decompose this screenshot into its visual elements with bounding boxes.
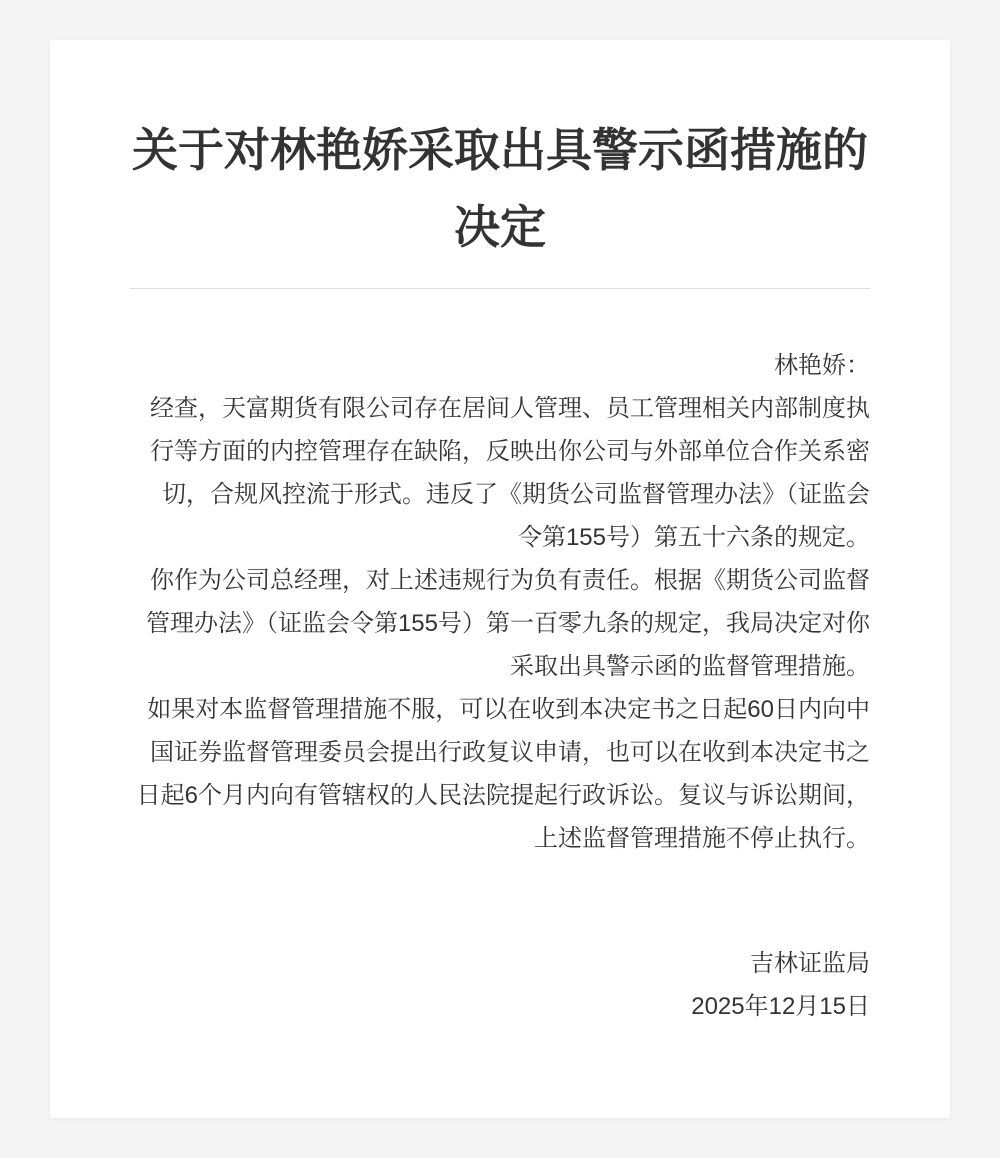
issuing-authority: 吉林证监局: [130, 942, 870, 985]
body-line: 日起6个月内向有管辖权的人民法院提起行政诉讼。复议与诉讼期间，: [130, 774, 870, 817]
title-line-2: 决定: [130, 189, 870, 266]
title-line-1: 关于对林艳娇采取出具警示函措施的: [130, 112, 870, 189]
signature-block: 吉林证监局 2025年12月15日: [130, 942, 870, 1028]
body-line: 令第155号）第五十六条的规定。: [130, 516, 870, 559]
body-line: 采取出具警示函的监督管理措施。: [130, 645, 870, 688]
body-line: 如果对本监督管理措施不服，可以在收到本决定书之日起60日内向中: [130, 688, 870, 731]
document-card: 关于对林艳娇采取出具警示函措施的 决定 林艳娇： 经查，天富期货有限公司存在居间…: [50, 40, 950, 1118]
body-line: 你作为公司总经理，对上述违规行为负有责任。根据《期货公司监督: [130, 559, 870, 602]
paragraph-2: 你作为公司总经理，对上述违规行为负有责任。根据《期货公司监督 管理办法》（证监会…: [130, 559, 870, 688]
body-line: 切，合规风控流于形式。违反了《期货公司监督管理办法》（证监会: [130, 473, 870, 516]
body-line: 经查，天富期货有限公司存在居间人管理、员工管理相关内部制度执: [130, 387, 870, 430]
page-background: 关于对林艳娇采取出具警示函措施的 决定 林艳娇： 经查，天富期货有限公司存在居间…: [0, 0, 1000, 1158]
body-line: 管理办法》（证监会令第155号）第一百零九条的规定，我局决定对你: [130, 602, 870, 645]
body-line: 上述监督管理措施不停止执行。: [130, 817, 870, 860]
document-body: 林艳娇： 经查，天富期货有限公司存在居间人管理、员工管理相关内部制度执 行等方面…: [130, 344, 870, 860]
issue-date: 2025年12月15日: [130, 985, 870, 1028]
body-line: 行等方面的内控管理存在缺陷，反映出你公司与外部单位合作关系密: [130, 430, 870, 473]
salutation: 林艳娇：: [130, 344, 870, 387]
paragraph-1: 经查，天富期货有限公司存在居间人管理、员工管理相关内部制度执 行等方面的内控管理…: [130, 387, 870, 559]
paragraph-3: 如果对本监督管理措施不服，可以在收到本决定书之日起60日内向中 国证券监督管理委…: [130, 688, 870, 860]
body-line: 国证券监督管理委员会提出行政复议申请，也可以在收到本决定书之: [130, 731, 870, 774]
document-title: 关于对林艳娇采取出具警示函措施的 决定: [130, 112, 870, 266]
title-divider: [130, 288, 870, 289]
